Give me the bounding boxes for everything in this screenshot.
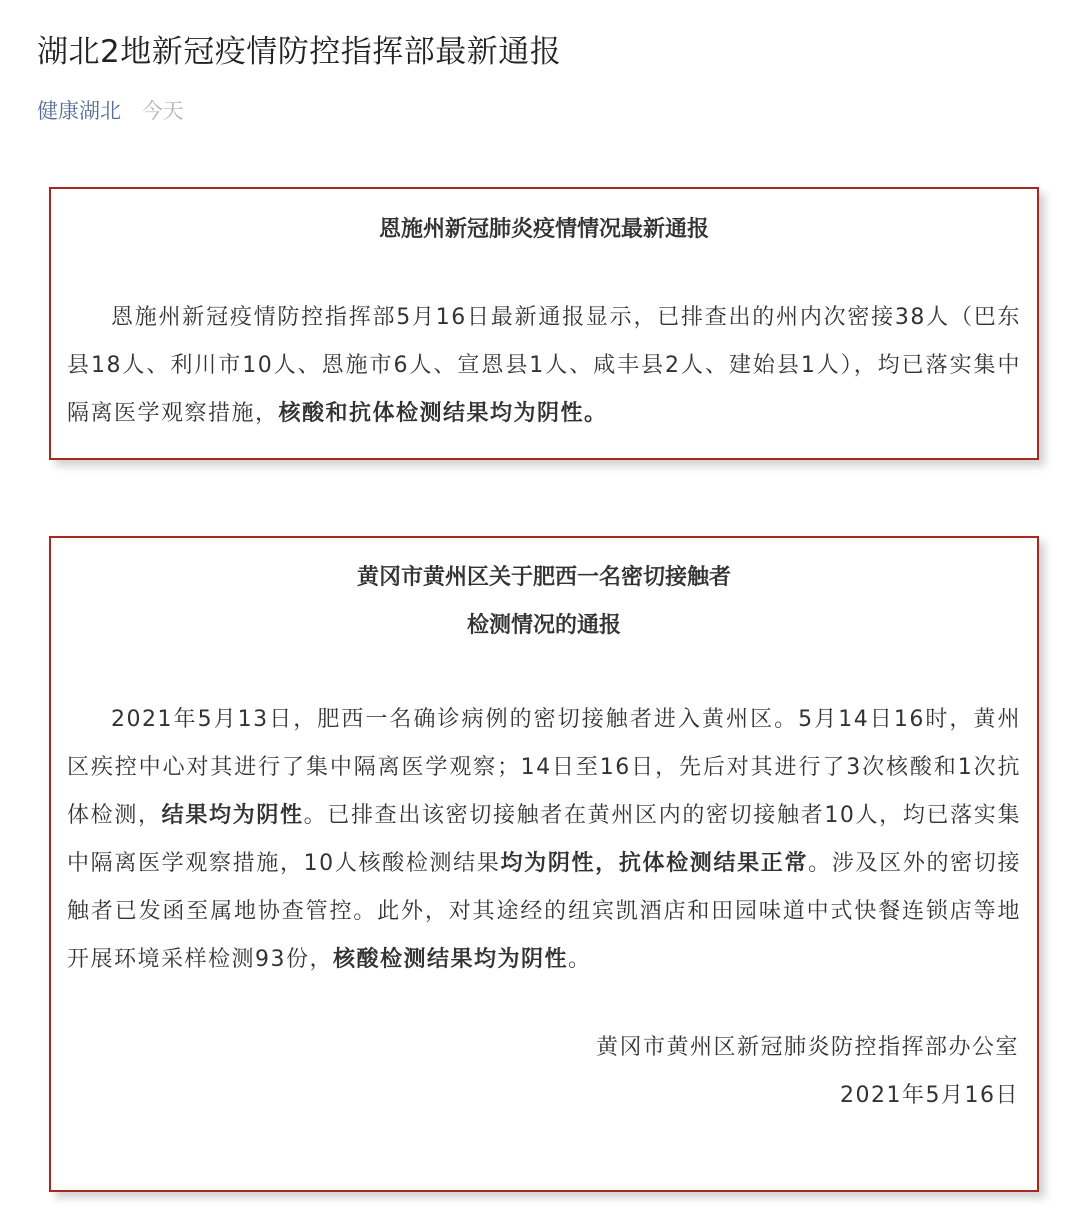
body-bold-text: 结果均为阴性 [162,803,304,828]
publish-date: 今天 [142,99,184,123]
body-bold-text: 均为阴性，抗体检测结果正常 [500,851,808,876]
body-bold-text: 核酸和抗体检测结果均为阴性。 [279,401,608,426]
article-meta: 健康湖北 今天 [37,96,184,126]
notice-box-enshi: 恩施州新冠肺炎疫情情况最新通报 恩施州新冠疫情防控指挥部5月16日最新通报显示，… [49,187,1039,460]
notice-title-huangzhou-line1: 黄冈市黄州区关于肥西一名密切接触者 [51,554,1037,602]
notice-body-enshi: 恩施州新冠疫情防控指挥部5月16日最新通报显示，已排查出的州内次密接38人（巴东… [51,294,1037,438]
notice-title-enshi: 恩施州新冠肺炎疫情情况最新通报 [51,206,1037,254]
body-text: 。 [568,947,592,972]
signature-date: 2021年5月16日 [51,1072,1037,1120]
notice-body-huangzhou: 2021年5月13日，肥西一名确诊病例的密切接触者进入黄州区。5月14日16时，… [51,696,1037,984]
notice-title-huangzhou-line2: 检测情况的通报 [51,602,1037,650]
body-bold-text: 核酸检测结果均为阴性 [333,947,568,972]
author-link[interactable]: 健康湖北 [37,99,121,123]
signature-office: 黄冈市黄州区新冠肺炎防控指挥部办公室 [51,1024,1037,1072]
article-title: 湖北2地新冠疫情防控指挥部最新通报 [37,30,561,74]
notice-box-huangzhou: 黄冈市黄州区关于肥西一名密切接触者 检测情况的通报 2021年5月13日，肥西一… [49,536,1039,1192]
